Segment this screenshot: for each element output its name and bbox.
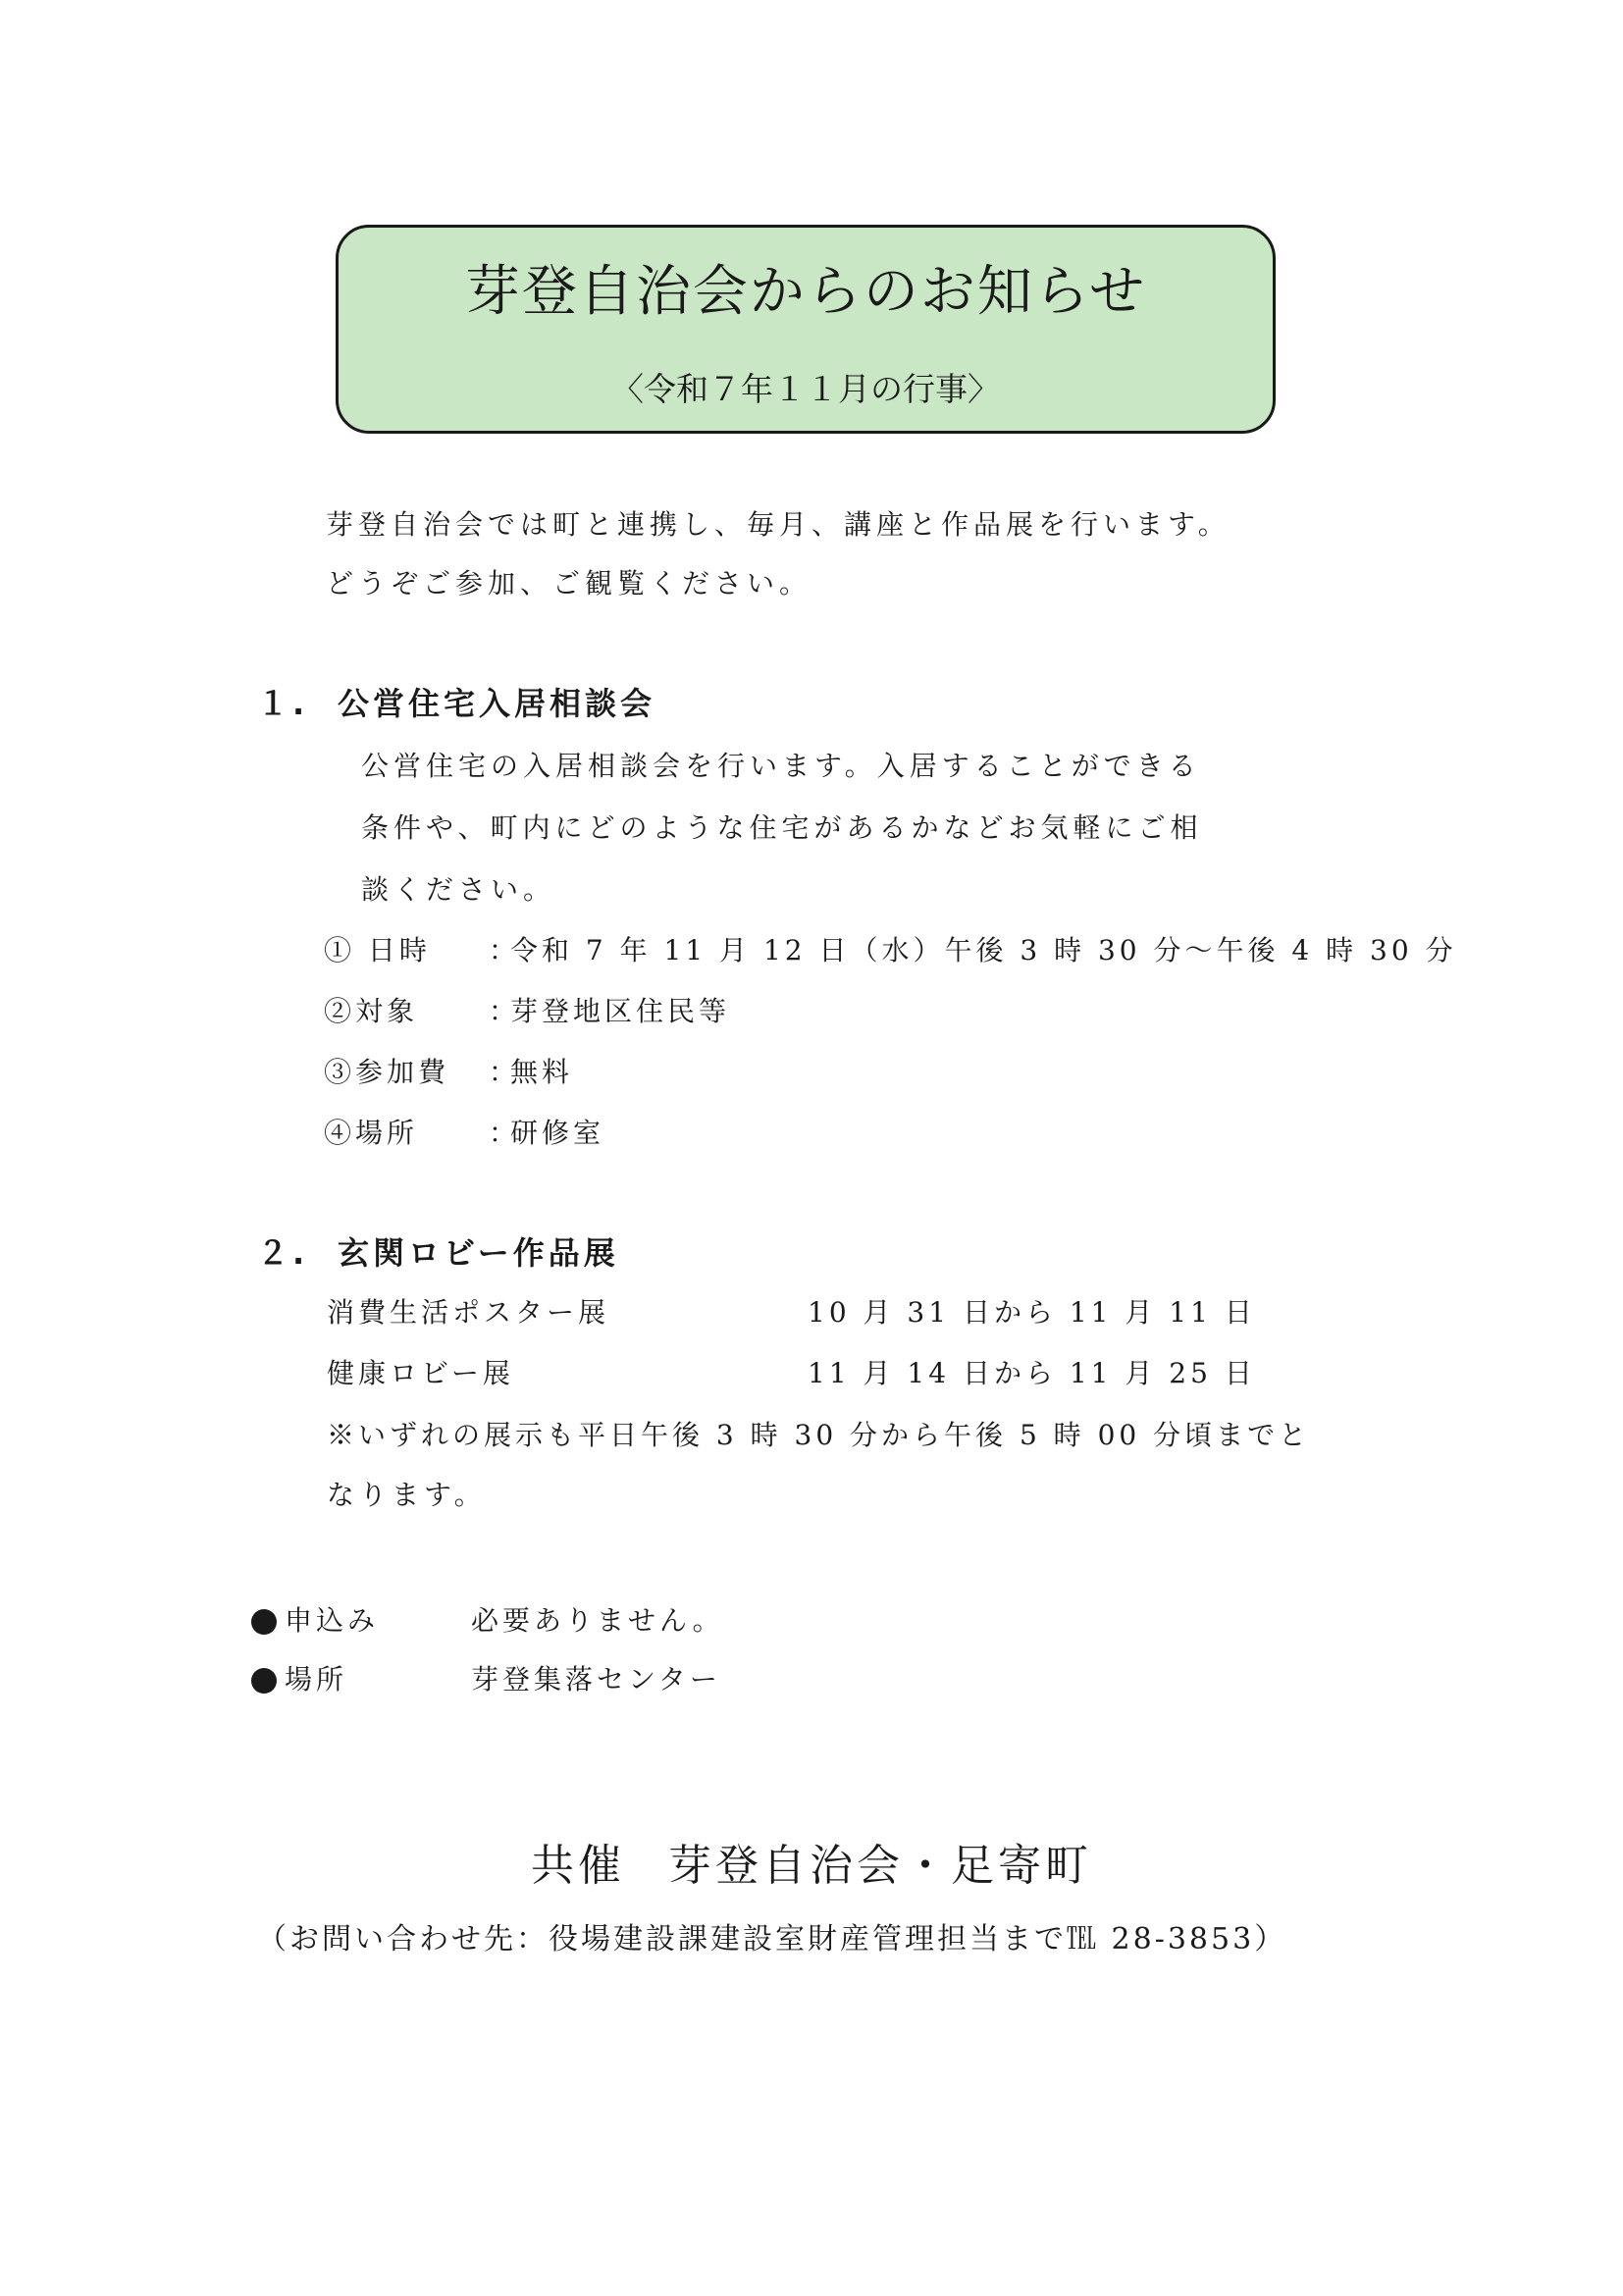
section-1-title: 公営住宅入居相談会 xyxy=(338,685,655,722)
section-2-title: 玄関ロビー作品展 xyxy=(338,1234,619,1272)
bullet-icon xyxy=(251,1668,277,1694)
page-title: 芽登自治会からのお知らせ xyxy=(339,265,1273,320)
detail-value: 研修室 xyxy=(510,1120,604,1147)
section-1-desc-line: 公営住宅の入居相談会を行います。入居することができる xyxy=(361,753,1201,780)
detail-value: 芽登地区住民等 xyxy=(510,998,730,1025)
intro-line-2: どうぞご参加、ご観覧ください。 xyxy=(326,570,811,598)
sponsor-label: 共催 xyxy=(531,1841,625,1891)
info-label: 申込み xyxy=(285,1607,379,1635)
detail-label: ① 日時 xyxy=(324,937,431,965)
section-1-desc-line: 条件や、町内にどのような住宅があるかなどお気軽にご相 xyxy=(361,814,1202,842)
contact-info: （お問い合わせ先：役場建設課建設室財産管理担当まで℡ 28-3853） xyxy=(257,1925,1286,1955)
section-2-heading: ２.玄関ロビー作品展 xyxy=(257,1237,619,1269)
exhibit-name: 健康ロビー展 xyxy=(327,1360,514,1387)
info-value: 芽登集落センター xyxy=(471,1666,721,1694)
detail-label: ④場所 xyxy=(324,1120,418,1147)
title-box: 芽登自治会からのお知らせ 〈令和７年１１月の行事〉 xyxy=(336,225,1276,434)
info-value: 必要ありません。 xyxy=(471,1607,724,1635)
info-label: 場所 xyxy=(285,1666,347,1694)
bullet-icon xyxy=(251,1609,277,1635)
page-subtitle: 〈令和７年１１月の行事〉 xyxy=(339,373,1273,405)
exhibit-dates: 10 月 31 日から 11 月 11 日 xyxy=(808,1299,1256,1327)
section-2-number: ２. xyxy=(257,1237,338,1269)
detail-value: 令和 7 年 11 月 12 日（水）午後 3 時 30 分～午後 4 時 30… xyxy=(510,937,1457,965)
intro-line-1: 芽登自治会では町と連携し、毎月、講座と作品展を行います。 xyxy=(326,511,1230,539)
exhibit-note-line: なります。 xyxy=(327,1482,487,1509)
detail-label: ②対象 xyxy=(324,998,418,1025)
sponsor-names: 芽登自治会・足寄町 xyxy=(668,1841,1092,1891)
section-1-number: １. xyxy=(257,688,338,719)
exhibit-dates: 11 月 14 日から 11 月 25 日 xyxy=(808,1360,1256,1387)
exhibit-name: 消費生活ポスター展 xyxy=(327,1299,609,1327)
exhibit-note-line: ※いずれの展示も平日午後 3 時 30 分から午後 5 時 00 分頃までと xyxy=(327,1422,1310,1449)
detail-value: 無料 xyxy=(510,1059,573,1086)
detail-label: ③参加費 xyxy=(324,1059,449,1086)
section-1-desc-line: 談ください。 xyxy=(361,876,555,904)
sponsor-line: 共催芽登自治会・足寄町 xyxy=(0,1845,1623,1888)
section-1-heading: １.公営住宅入居相談会 xyxy=(257,688,655,719)
